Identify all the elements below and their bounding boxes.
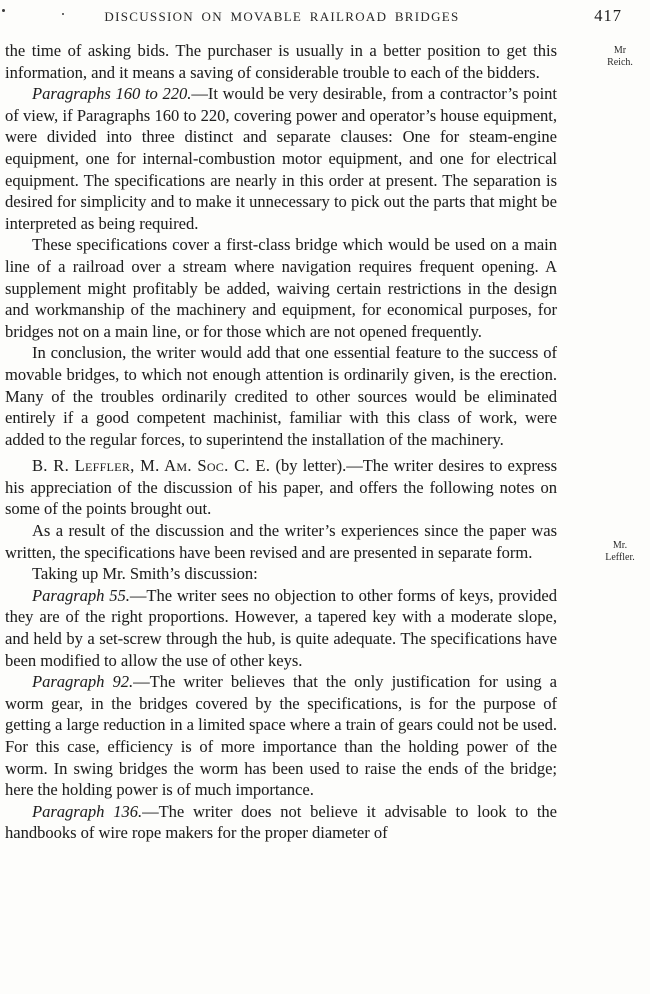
paragraph-specifications-cover: These specifications cover a first-class… xyxy=(5,234,557,342)
paragraph-text: —It would be very desirable, from a cont… xyxy=(5,84,557,233)
paragraph-as-a-result: As a result of the discussion and the wr… xyxy=(5,520,557,563)
paragraph-text: —The writer believes that the only justi… xyxy=(5,672,557,799)
margin-note-reich: Mr Reich. xyxy=(600,45,640,68)
running-title: DISCUSSION ON MOVABLE RAILROAD BRIDGES xyxy=(0,9,564,25)
paragraph-text: As a result of the discussion and the wr… xyxy=(5,521,557,562)
paragraph-55: Paragraph 55.—The writer sees no objecti… xyxy=(5,585,557,671)
paragraph-lead-italic: Paragraphs 160 to 220. xyxy=(32,84,191,103)
scanned-book-page: DISCUSSION ON MOVABLE RAILROAD BRIDGES 4… xyxy=(0,0,650,994)
page-header: DISCUSSION ON MOVABLE RAILROAD BRIDGES 4… xyxy=(0,6,650,28)
paragraph-taking-up: Taking up Mr. Smith’s discussion: xyxy=(5,563,557,585)
paragraph-leffler-intro: B. R. Leffler, M. Am. Soc. C. E. (by let… xyxy=(5,455,557,520)
paragraph-text: These specifications cover a first-class… xyxy=(5,235,557,340)
paragraph-160-to-220: Paragraphs 160 to 220.—It would be very … xyxy=(5,83,557,234)
paragraph-92: Paragraph 92.—The writer believes that t… xyxy=(5,671,557,801)
paragraph-136: Paragraph 136.—The writer does not belie… xyxy=(5,801,557,844)
paragraph-in-conclusion: In conclusion, the writer would add that… xyxy=(5,342,557,450)
paragraph-text: In conclusion, the writer would add that… xyxy=(5,343,557,448)
page-number: 417 xyxy=(594,6,622,26)
margin-note-leffler: Mr. Leffler. xyxy=(600,540,640,563)
paragraph-lead-italic: Paragraph 136. xyxy=(32,802,142,821)
speaker-name: B. R. Leffler, M. Am. Soc. C. E. xyxy=(32,456,270,475)
text-column: the time of asking bids. The purchaser i… xyxy=(5,40,557,844)
paragraph-lead-italic: Paragraph 92. xyxy=(32,672,133,691)
paragraph-text: Taking up Mr. Smith’s discussion: xyxy=(32,564,258,583)
paragraph-text: the time of asking bids. The purchaser i… xyxy=(5,41,557,82)
paragraph-lead-italic: Paragraph 55. xyxy=(32,586,130,605)
paragraph-bids-continuation: the time of asking bids. The purchaser i… xyxy=(5,40,557,83)
